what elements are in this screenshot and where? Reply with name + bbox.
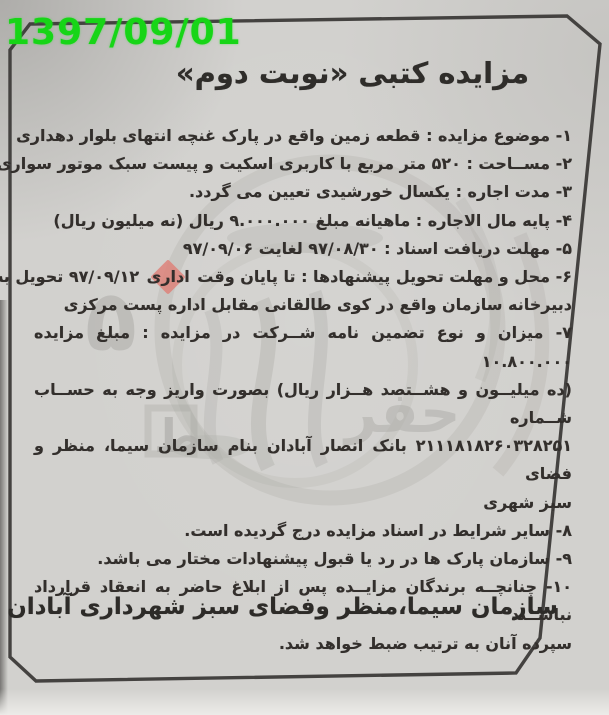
notice-line-4: ۴- پایه مال الاجاره : ماهیانه مبلغ ۹.۰۰۰… (34, 207, 572, 235)
notice-line-3: ۳- مدت اجاره : یکسال خورشیدی تعیین می گر… (34, 178, 572, 206)
notice-line-6: ۶- محل و مهلت تحویل پیشنهادها : تا پایان… (34, 263, 572, 291)
notice-line-8: ۸- سایر شرایط در اسناد مزایده درج گردیده… (34, 517, 572, 545)
notice-line-2: ۲- مســاحت : ۵۲۰ متر مربع با کاربری اسکی… (34, 150, 572, 178)
notice-line-10b: سپرده آنان به ترتیب ضبط خواهد شد. (34, 630, 572, 658)
highlight-mark: اداری (145, 267, 192, 286)
date-stamp: 1397/09/01 (5, 12, 242, 53)
organization-signature: سازمان سیما،منظر وفضای سبز شهرداری آبادا… (0, 594, 609, 620)
page-edge-shadow (0, 300, 8, 715)
notice-title: مزایده کتبی «نوبت دوم» (0, 56, 609, 90)
notice-line-6b: دبیرخانه سازمان واقع در کوی طالقانی مقاب… (34, 291, 572, 319)
notice-line-1: ۱- موضوع مزایده : قطعه زمین واقع در پارک… (34, 122, 572, 150)
notice-line-6-post: ۹۷/۰۹/۱۲ تحویل به (0, 267, 145, 286)
notice-line-7b: (ده میلیــون و هشــتصد هــزار ریال) بصور… (34, 376, 572, 432)
notice-line-9: ۹- سازمان پارک ها در رد یا قبول پیشنهادا… (34, 545, 572, 573)
notice-line-7: ۷- میزان و نوع تضمین نامه شــرکت در مزای… (34, 319, 572, 375)
notice-line-6-pre: ۶- محل و مهلت تحویل پیشنهادها : تا پایان… (192, 267, 572, 286)
scanned-notice-page: ۵ حفر ط 1397/09/01 مزایده کتبی «نوبت دوم… (0, 0, 609, 715)
notice-body: ۱- موضوع مزایده : قطعه زمین واقع در پارک… (34, 122, 572, 658)
notice-line-7d: سبز شهری (34, 489, 572, 517)
notice-line-5: ۵- مهلت دریافت اسناد : ۹۷/۰۸/۳۰ لغایت ۹۷… (34, 235, 572, 263)
notice-line-7c: ۲۱۱۱۸۱۸۲۶۰۳۲۸۲۵۱ بانک انصار آبادان بنام … (34, 432, 572, 488)
page-bottom-fade (0, 689, 609, 715)
